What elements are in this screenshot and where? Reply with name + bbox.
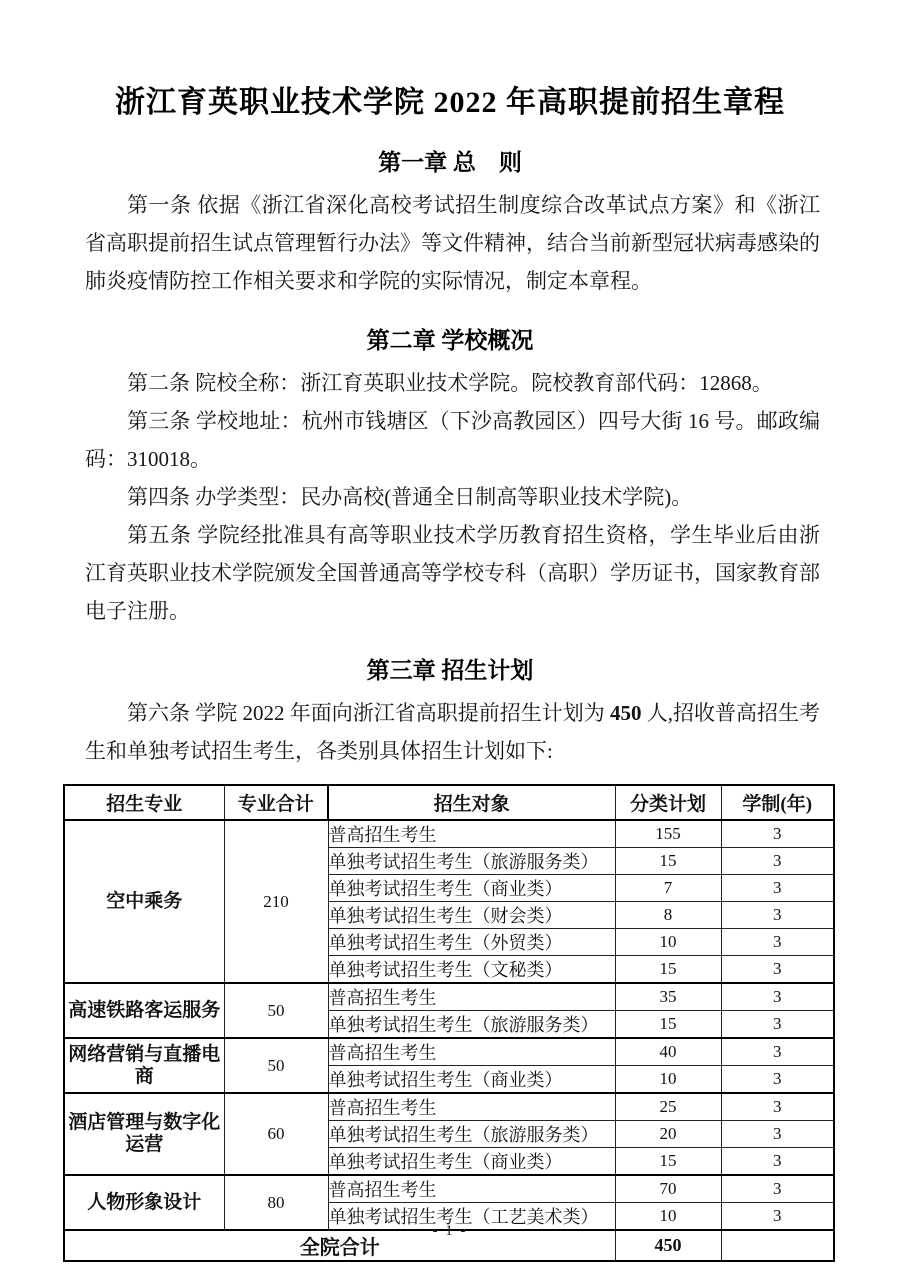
column-header-plan: 分类计划 xyxy=(615,785,721,820)
article-6-text-pre: 第六条 学院 2022 年面向浙江省高职提前招生计划为 xyxy=(127,701,610,725)
major-cell: 空中乘务 xyxy=(64,820,224,983)
duration-cell: 3 xyxy=(721,1121,834,1148)
duration-cell: 3 xyxy=(721,983,834,1011)
plan-cell: 15 xyxy=(615,956,721,984)
table-row: 空中乘务 210 普高招生考生 155 3 xyxy=(64,820,834,848)
plan-cell: 7 xyxy=(615,875,721,902)
target-cell: 单独考试招生考生（文秘类） xyxy=(328,956,615,984)
article-6-paragraph: 第六条 学院 2022 年面向浙江省高职提前招生计划为 450 人,招收普高招生… xyxy=(85,694,820,770)
enrollment-plan-table: 招生专业 专业合计 招生对象 分类计划 学制(年) 空中乘务 210 普高招生考… xyxy=(63,784,835,1262)
plan-cell: 20 xyxy=(615,1121,721,1148)
major-total-cell: 50 xyxy=(224,983,328,1038)
target-cell: 普高招生考生 xyxy=(328,1175,615,1203)
major-cell: 人物形象设计 xyxy=(64,1175,224,1230)
target-cell: 单独考试招生考生（外贸类） xyxy=(328,929,615,956)
column-header-major-total: 专业合计 xyxy=(224,785,328,820)
major-cell: 高速铁路客运服务 xyxy=(64,983,224,1038)
duration-cell: 3 xyxy=(721,1011,834,1039)
page-number: - 1 - xyxy=(0,1223,900,1240)
target-cell: 单独考试招生考生（商业类） xyxy=(328,875,615,902)
article-5-paragraph: 第五条 学院经批准具有高等职业技术学历教育招生资格，学生毕业后由浙江育英职业技术… xyxy=(85,516,820,630)
article-4-paragraph: 第四条 办学类型：民办高校(普通全日制高等职业技术学院)。 xyxy=(85,478,820,516)
target-cell: 单独考试招生考生（商业类） xyxy=(328,1148,615,1176)
duration-cell: 3 xyxy=(721,820,834,848)
chapter-2-body: 第二条 院校全称：浙江育英职业技术学院。院校教育部代码：12868。 第三条 学… xyxy=(0,364,900,630)
target-cell: 单独考试招生考生（旅游服务类） xyxy=(328,848,615,875)
chapter-3-body: 第六条 学院 2022 年面向浙江省高职提前招生计划为 450 人,招收普高招生… xyxy=(0,694,900,770)
duration-cell: 3 xyxy=(721,1093,834,1121)
duration-cell: 3 xyxy=(721,1038,834,1066)
chapter-1-heading: 第一章 总 则 xyxy=(0,146,900,180)
table-row: 人物形象设计 80 普高招生考生 70 3 xyxy=(64,1175,834,1203)
chapter-3-heading: 第三章 招生计划 xyxy=(0,654,900,688)
chapter-1-body: 第一条 依据《浙江省深化高校考试招生制度综合改革试点方案》和《浙江省高职提前招生… xyxy=(0,186,900,300)
target-cell: 单独考试招生考生（旅游服务类） xyxy=(328,1121,615,1148)
target-cell: 单独考试招生考生（旅游服务类） xyxy=(328,1011,615,1039)
duration-cell: 3 xyxy=(721,1175,834,1203)
duration-cell: 3 xyxy=(721,875,834,902)
document-title: 浙江育英职业技术学院 2022 年高职提前招生章程 xyxy=(0,84,900,122)
document-page: 浙江育英职业技术学院 2022 年高职提前招生章程 第一章 总 则 第一条 依据… xyxy=(0,0,900,1272)
major-cell: 酒店管理与数字化运营 xyxy=(64,1093,224,1175)
target-cell: 普高招生考生 xyxy=(328,1093,615,1121)
plan-cell: 15 xyxy=(615,848,721,875)
table-row: 网络营销与直播电商 50 普高招生考生 40 3 xyxy=(64,1038,834,1066)
article-1-paragraph: 第一条 依据《浙江省深化高校考试招生制度综合改革试点方案》和《浙江省高职提前招生… xyxy=(85,186,820,300)
table-row: 酒店管理与数字化运营 60 普高招生考生 25 3 xyxy=(64,1093,834,1121)
duration-cell: 3 xyxy=(721,848,834,875)
plan-cell: 35 xyxy=(615,983,721,1011)
article-3-paragraph: 第三条 学校地址：杭州市钱塘区（下沙高教园区）四号大街 16 号。邮政编码：31… xyxy=(85,402,820,478)
duration-cell: 3 xyxy=(721,1148,834,1176)
major-total-cell: 60 xyxy=(224,1093,328,1175)
target-cell: 普高招生考生 xyxy=(328,820,615,848)
plan-cell: 15 xyxy=(615,1148,721,1176)
column-header-duration: 学制(年) xyxy=(721,785,834,820)
target-cell: 普高招生考生 xyxy=(328,1038,615,1066)
table-header-row: 招生专业 专业合计 招生对象 分类计划 学制(年) xyxy=(64,785,834,820)
table-row: 高速铁路客运服务 50 普高招生考生 35 3 xyxy=(64,983,834,1011)
target-cell: 单独考试招生考生（商业类） xyxy=(328,1066,615,1094)
duration-cell: 3 xyxy=(721,902,834,929)
duration-cell: 3 xyxy=(721,956,834,984)
major-total-cell: 80 xyxy=(224,1175,328,1230)
plan-cell: 70 xyxy=(615,1175,721,1203)
target-cell: 单独考试招生考生（财会类） xyxy=(328,902,615,929)
major-total-cell: 50 xyxy=(224,1038,328,1093)
target-cell: 普高招生考生 xyxy=(328,983,615,1011)
chapter-2-heading: 第二章 学校概况 xyxy=(0,324,900,358)
plan-cell: 8 xyxy=(615,902,721,929)
article-2-paragraph: 第二条 院校全称：浙江育英职业技术学院。院校教育部代码：12868。 xyxy=(85,364,820,402)
plan-cell: 10 xyxy=(615,1066,721,1094)
total-plan-number: 450 xyxy=(610,701,642,725)
major-cell: 网络营销与直播电商 xyxy=(64,1038,224,1093)
plan-cell: 10 xyxy=(615,929,721,956)
duration-cell: 3 xyxy=(721,929,834,956)
column-header-target: 招生对象 xyxy=(328,785,615,820)
plan-cell: 25 xyxy=(615,1093,721,1121)
column-header-major: 招生专业 xyxy=(64,785,224,820)
plan-cell: 40 xyxy=(615,1038,721,1066)
duration-cell: 3 xyxy=(721,1066,834,1094)
plan-cell: 15 xyxy=(615,1011,721,1039)
major-total-cell: 210 xyxy=(224,820,328,983)
plan-cell: 155 xyxy=(615,820,721,848)
